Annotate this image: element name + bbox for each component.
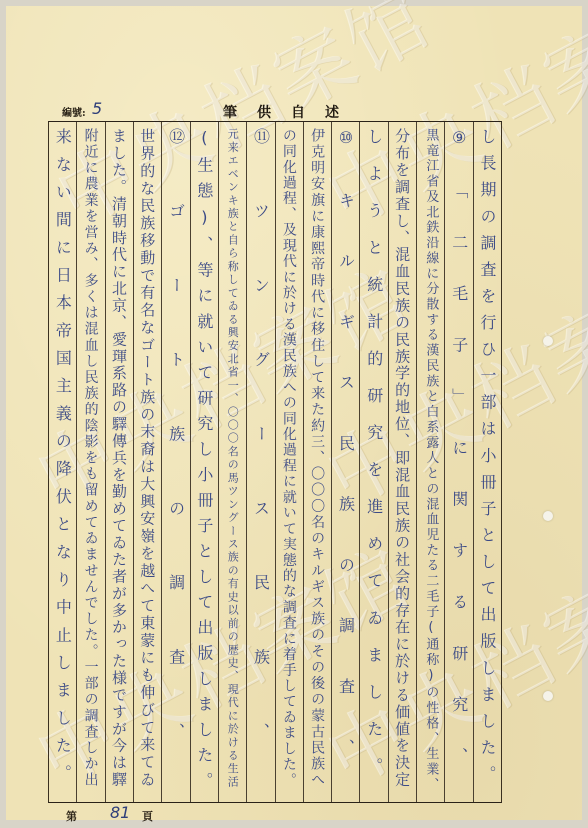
text-column: しようと統計的研究を進めてゐました。 — [359, 122, 387, 802]
serial-value: 5 — [92, 99, 102, 118]
text-column: 元来エベンキ族と自ら称してゐる興安北省一、〇〇〇名の馬ツングース族の有史以前の歴… — [218, 122, 246, 802]
text-column: 伊克明安旗に康熙帝時代に移住して来た約三、〇〇〇名のキルギス族のその後の蒙古民族… — [303, 122, 331, 802]
text-column: 分布を調査し、混血民族の民族学的地位、即混血民族の社会的存在に於ける価値を決定 — [388, 122, 416, 802]
text-column: 附近に農業を営み、多くは混血し民族的陰影をも留めてゐませんでした。一部の調査しか… — [76, 122, 104, 802]
text-column: ⑫ゴート族の調査、 — [161, 122, 189, 802]
document-title: 筆供自述 — [223, 102, 359, 122]
text-column: 黒竜江省及北鉄沿線に分散する漢民族と白系露人との混血児たる二毛子(通称)の性格、… — [416, 122, 444, 802]
text-column: し長期の調査を行ひ一部は小冊子として出版しました。 — [473, 122, 501, 802]
serial-label: 編號: — [62, 104, 86, 119]
text-column: (生態)、等に就いて研究し小冊子として出版しました。 — [190, 122, 218, 802]
manuscript-grid: し長期の調査を行ひ一部は小冊子として出版しました。 ⑨「二毛子」に関する研究、 … — [48, 121, 502, 803]
text-column: ⑪ツングース民族、 — [246, 122, 274, 802]
document-header: 編號: 5 筆供自述 — [48, 100, 500, 120]
text-column: 来ない間に日本帝国主義の降伏となり中止しました。 — [49, 122, 76, 802]
page-number: 81 — [110, 803, 130, 822]
page-suffix: 頁 — [142, 808, 153, 824]
text-column: ました。清朝時代に北京、愛琿系路の驛傳兵を勤めてゐた者が多かった様ですが今は驛 — [105, 122, 133, 802]
binding-hole — [543, 691, 553, 701]
binding-hole — [543, 511, 553, 521]
text-column: ⑩キルギス民族の調査、 — [331, 122, 359, 802]
text-column: 世界的な民族移動で有名なゴート族の末裔は大興安嶺を越へて東蒙にも伸びて来てゐ — [133, 122, 161, 802]
binding-hole — [543, 336, 553, 346]
page-prefix: 第 — [66, 808, 77, 824]
text-column: の同化過程、及現代に於ける漢民族への同化過程に就いて実態的な調査に着手してゐまし… — [275, 122, 303, 802]
text-column: ⑨「二毛子」に関する研究、 — [444, 122, 472, 802]
